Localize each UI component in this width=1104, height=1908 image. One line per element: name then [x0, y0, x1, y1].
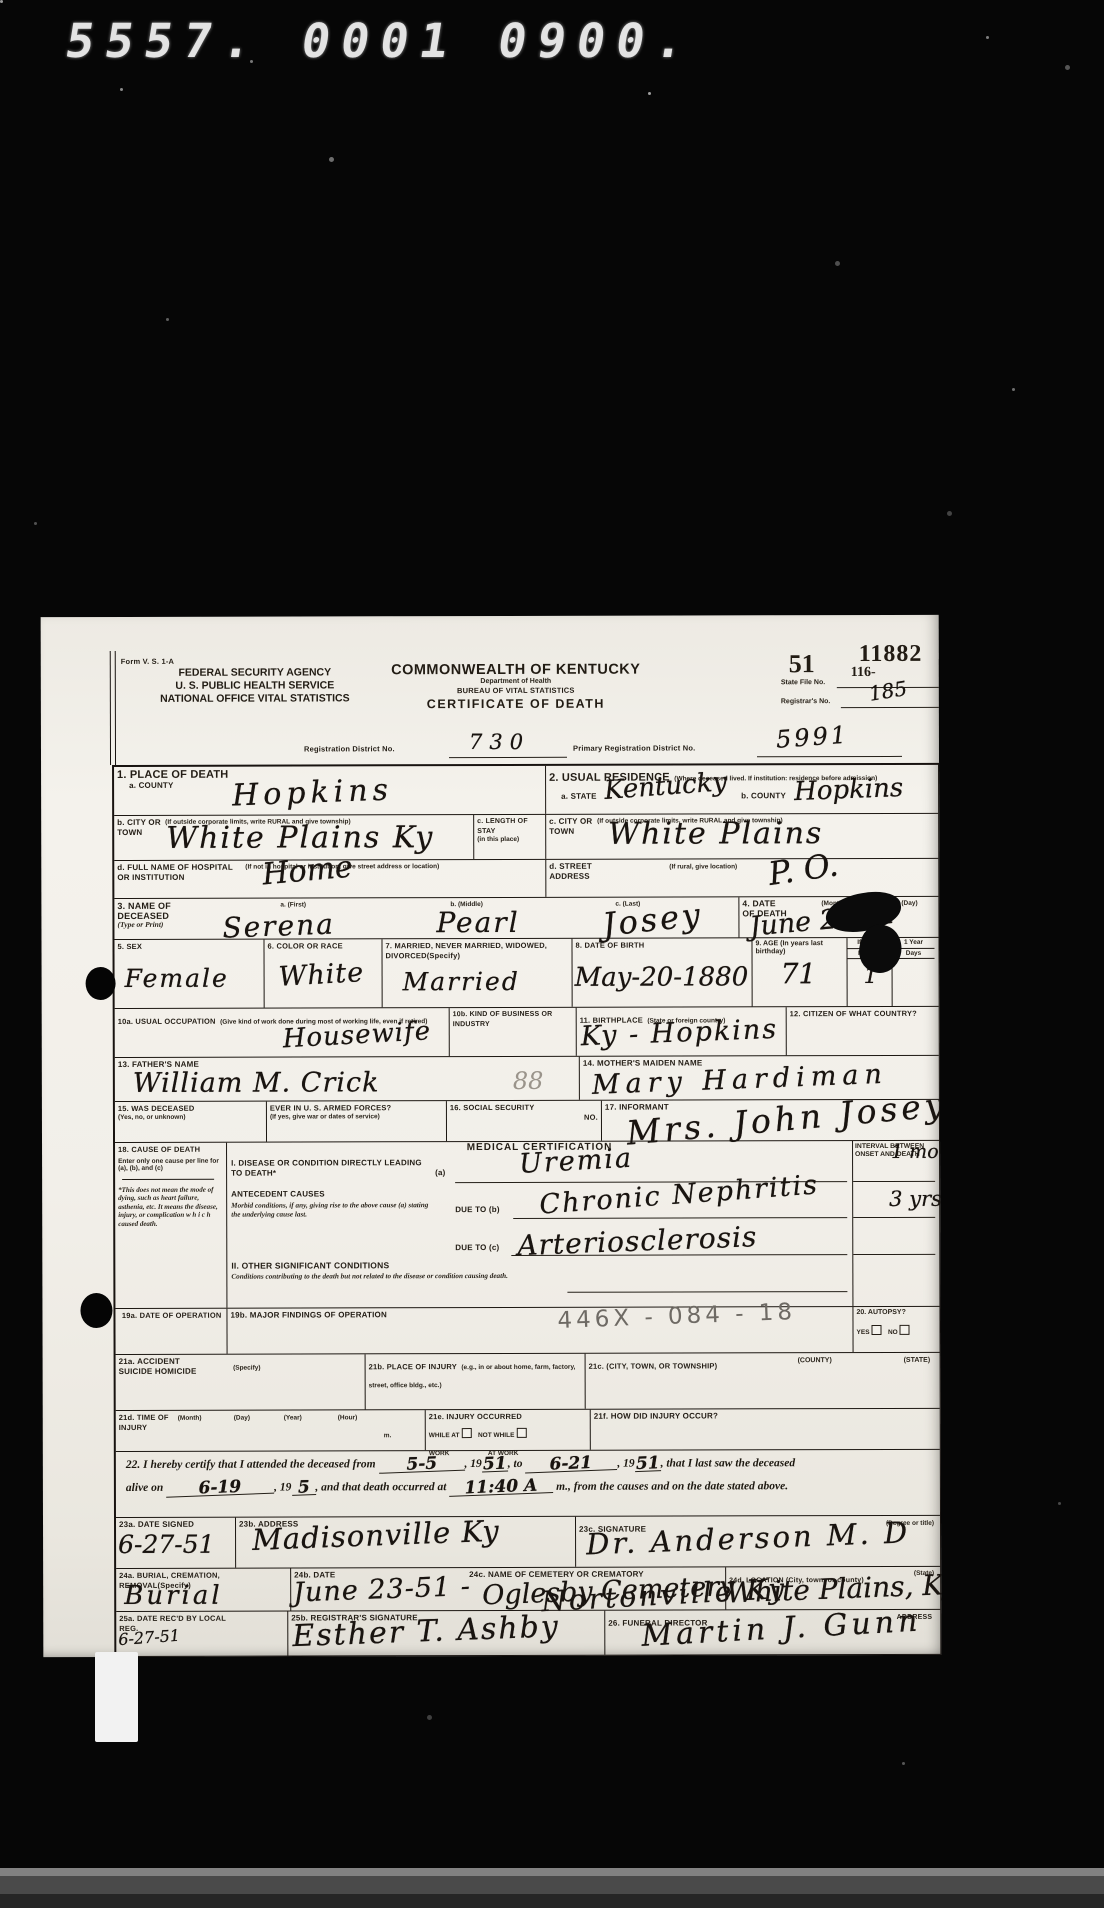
row-disposition: 24a. BURIAL, CREMATION, REMOVAL(Specify)…	[116, 1566, 940, 1611]
handwritten-sex: Female	[125, 966, 229, 991]
row-certify-statement: 22. I hereby certify that I attended the…	[116, 1449, 940, 1517]
row-occupation: 10a. USUAL OCCUPATION (Give kind of work…	[115, 1006, 939, 1057]
handwritten-from-year: 51	[481, 1458, 508, 1473]
agency-line: U. S. PUBLIC HEALTH SERVICE	[121, 679, 389, 693]
street-note: (If rural, give location)	[669, 863, 737, 880]
cause-instruction: Enter only one cause per line for (a), (…	[118, 1157, 223, 1172]
how-injury-label: 21f. HOW DID INJURY OCCUR?	[594, 1411, 933, 1421]
other-conditions-label: II. OTHER SIGNIFICANT CONDITIONS	[231, 1261, 389, 1271]
registration-district-label: Registration District No.	[304, 744, 395, 754]
field-injury-occurred: 21e. INJURY OCCURRED WHILE AT NOT WHILE …	[426, 1410, 591, 1450]
field-date-received: 25a. DATE REC'D BY LOCAL REG. 6-27-51	[116, 1612, 288, 1656]
certify-text: alive on	[126, 1482, 163, 1494]
handwritten-registrar-signature: Esther T. Ashby	[292, 1612, 560, 1652]
field-citizenship: 12. CITIZEN OF WHAT COUNTRY?	[787, 1007, 935, 1055]
field-cause-of-death-notes: 18. CAUSE OF DEATH Enter only one cause …	[115, 1143, 227, 1308]
race-label: 6. COLOR OR RACE	[267, 941, 378, 951]
handwritten-residence-county: Hopkins	[794, 775, 904, 805]
residence-state-label: a. STATE	[561, 792, 597, 801]
film-frame-number: 5557. 0001 0900.	[62, 14, 699, 69]
row-institution-street: d. FULL NAME OF HOSPITAL OR INSTITUTION …	[114, 858, 938, 898]
field-residence-city: c. CITY OR TOWN (If outside corporate li…	[546, 814, 934, 859]
state-file-label: State File No.	[781, 679, 825, 687]
citizen-label: 12. CITIZEN OF WHAT COUNTRY?	[790, 1009, 932, 1019]
autopsy-no-checkbox	[900, 1324, 910, 1334]
state-file-value: 116-	[851, 665, 876, 681]
interval-line-b	[853, 1217, 935, 1218]
field-name-of-deceased: 3. NAME OF DECEASED (Type or Print) a. (…	[114, 897, 739, 939]
residence-county-label: b. COUNTY	[741, 791, 786, 800]
injury-occurred-label: 21e. INJURY OCCURRED	[429, 1412, 587, 1422]
agency-line: FEDERAL SECURITY AGENCY	[121, 666, 389, 680]
handwritten-cause-b: Chronic Nephritis	[539, 1171, 820, 1218]
stay-label: c. LENGTH OF STAY	[477, 817, 542, 836]
certify-text: , 19	[464, 1458, 481, 1470]
certify-text: , that I last saw the deceased	[661, 1457, 796, 1469]
field-usual-residence: 2. USUAL RESIDENCE (Where deceased lived…	[546, 765, 934, 814]
specify-note: (Specify)	[233, 1365, 260, 1372]
field-burial-type: 24a. BURIAL, CREMATION, REMOVAL(Specify)…	[116, 1569, 291, 1611]
armed-forces-label2: EVER IN U. S. ARMED FORCES?	[270, 1103, 443, 1113]
certify-line-1: 22. I hereby certify that I attended the…	[126, 1457, 930, 1473]
field-medical-certification: MEDICAL CERTIFICATION I. DISEASE OR COND…	[227, 1141, 853, 1308]
cause-c-label: DUE TO (c)	[455, 1243, 499, 1253]
cause-footnote: *This does not mean the mode of dying, s…	[118, 1185, 223, 1228]
certify-text: 22. I hereby certify that I attended the…	[126, 1458, 376, 1471]
operation-date-label: 19a. DATE OF OPERATION	[118, 1311, 223, 1321]
handwritten-annotation-88: 88	[513, 1069, 544, 1093]
field-operation-findings: 19b. MAJOR FINDINGS OF OPERATION 446X - …	[227, 1307, 853, 1354]
accident-label: 21a. ACCIDENT SUICIDE HOMICIDE	[119, 1357, 209, 1376]
field-certify-statement: 22. I hereby certify that I attended the…	[116, 1450, 936, 1517]
handwritten-last-alive: 6-19	[166, 1480, 274, 1498]
ssn-label: 16. SOCIAL SECURITY	[450, 1103, 598, 1113]
handwritten-dob: May-20-1880	[575, 964, 749, 990]
handwritten-birthplace: Ky - Hopkins	[580, 1016, 778, 1050]
interval-line-c	[853, 1254, 935, 1255]
primary-district-underline	[757, 756, 902, 757]
field-time-of-injury: 21d. TIME OF INJURY (Month) (Day) (Year)…	[116, 1410, 426, 1451]
film-splice-mark	[95, 1652, 138, 1742]
field-length-of-stay: c. LENGTH OF STAY (in this place)	[474, 815, 546, 859]
row-operation: 19a. DATE OF OPERATION 19b. MAJOR FINDIN…	[115, 1306, 939, 1354]
disease-label: I. DISEASE OR CONDITION DIRECTLY LEADING…	[231, 1158, 431, 1178]
field-physician-signature: 23c. SIGNATURE (Degree or title) Dr. And…	[576, 1516, 936, 1567]
field-autopsy: 20. AUTOPSY? YES NO	[853, 1307, 935, 1352]
handwritten-burial-date: June 23-51 -	[293, 1573, 472, 1607]
handwritten-middle-name: Pearl	[436, 909, 519, 937]
certificate-sheet: Form V. S. 1-A FEDERAL SECURITY AGENCY U…	[41, 615, 942, 1657]
film-edge-strip	[0, 1868, 1104, 1876]
handwritten-cause-a: Uremia	[518, 1145, 633, 1178]
field-date-of-birth: 8. DATE OF BIRTH May-20-1880	[572, 938, 752, 1006]
field-place-of-death: 1. PLACE OF DEATH a. COUNTY Hopkins	[114, 766, 546, 815]
ssn-label-no: NO.	[450, 1112, 598, 1122]
field-date-signed: 23a. DATE SIGNED 6-27-51	[116, 1518, 236, 1568]
interval-line-a	[853, 1181, 935, 1182]
time-of-injury-label: 21d. TIME OF INJURY	[119, 1413, 171, 1432]
autopsy-label: 20. AUTOPSY?	[856, 1309, 932, 1317]
autopsy-no-label: NO	[888, 1328, 898, 1335]
handwritten-last-name: Josey	[601, 898, 704, 941]
field-accident-suicide: 21a. ACCIDENT SUICIDE HOMICIDE (Specify)	[116, 1354, 366, 1410]
row-registrar: 25a. DATE REC'D BY LOCAL REG. 6-27-51 25…	[116, 1609, 940, 1656]
district-line	[449, 757, 567, 758]
handwritten-registrar-no: 185	[867, 678, 908, 704]
injury-month-note: (Month)	[178, 1415, 202, 1423]
handwritten-date-received: 6-27-51	[118, 1628, 181, 1648]
registrar-no-line	[841, 707, 941, 708]
row-demographics: 5. SEX Female 6. COLOR OR RACE White 7. …	[114, 937, 938, 1008]
handwritten-funeral-director: Martin J. Gunn	[641, 1607, 922, 1652]
antecedent-note: Morbid conditions, if any, giving rise t…	[231, 1201, 436, 1219]
handwritten-first-name: Serena	[222, 910, 335, 942]
handwritten-operation-findings: 446X - 084 - 18	[557, 1301, 796, 1333]
handwritten-primary-district: 5991	[775, 723, 850, 752]
institution-label: d. FULL NAME OF HOSPITAL OR INSTITUTION	[117, 863, 245, 882]
field-was-deceased: 15. WAS DECEASED (Yes, no, or unknown)	[115, 1102, 267, 1142]
injury-m-label: m.	[384, 1432, 392, 1440]
certify-text: , to	[508, 1458, 523, 1470]
field-sex: 5. SEX Female	[114, 940, 264, 1008]
handwritten-father-name: William M. Crick	[133, 1069, 380, 1097]
field-institution: d. FULL NAME OF HOSPITAL OR INSTITUTION …	[114, 860, 546, 898]
stamp-year: 51	[789, 649, 815, 679]
row-injury-bottom: 21d. TIME OF INJURY (Month) (Day) (Year)…	[116, 1408, 940, 1451]
field-father-name: 13. FATHER'S NAME William M. Crick 88	[115, 1057, 580, 1101]
row-medical-certification: 18. CAUSE OF DEATH Enter only one cause …	[115, 1140, 939, 1308]
handwritten-interval-b: 3 yrs	[889, 1189, 941, 1210]
injury-county-note: (COUNTY)	[798, 1357, 832, 1365]
field-interval: INTERVAL BETWEEN ONSET AND DEATH 1 mo 3 …	[853, 1141, 935, 1306]
autopsy-yes-checkbox	[872, 1324, 882, 1334]
title-block: COMMONWEALTH OF KENTUCKY Department of H…	[363, 662, 669, 712]
row-parents: 13. FATHER'S NAME William M. Crick 88 14…	[115, 1055, 939, 1101]
armed-forces-note: (Yes, no, or unknown)	[118, 1113, 263, 1121]
handwritten-attended-from: 5-5	[378, 1457, 464, 1474]
certify-text: m., from the causes and on the date stat…	[556, 1480, 788, 1493]
field-death-city: b. CITY OR TOWN (If outside corporate li…	[114, 815, 474, 860]
residence-city-label: c. CITY OR TOWN	[549, 817, 597, 836]
punch-hole	[86, 967, 116, 1000]
field-operation-date: 19a. DATE OF OPERATION	[115, 1309, 227, 1354]
armed-forces-note2: (If yes, give war or dates of service)	[270, 1113, 443, 1121]
field-physician-address: 23b. ADDRESS Madisonville Ky	[236, 1517, 576, 1568]
field-ssn: 16. SOCIAL SECURITY NO.	[447, 1101, 602, 1141]
street-label: d. STREET ADDRESS	[549, 862, 609, 881]
handwritten-residence-city: White Plains	[608, 819, 823, 850]
issuing-agency-block: Form V. S. 1-A FEDERAL SECURITY AGENCY U…	[121, 656, 389, 705]
field-informant: 17. INFORMANT Mrs. John Josey	[602, 1100, 935, 1141]
row-place-residence-top: 1. PLACE OF DEATH a. COUNTY Hopkins 2. U…	[114, 765, 938, 815]
handwritten-street: P. O.	[766, 848, 840, 890]
dod-day-label: (Day)	[901, 900, 917, 908]
handwritten-date-signed: 6-27-51	[118, 1532, 215, 1557]
stamp-file-number: 11882	[859, 641, 923, 668]
place-of-injury-label: 21b. PLACE OF INJURY	[369, 1362, 457, 1371]
field-business: 10b. KIND OF BUSINESS OR INDUSTRY	[450, 1008, 577, 1056]
occupation-label: 10a. USUAL OCCUPATION	[118, 1017, 216, 1026]
handwritten-race: White	[278, 959, 365, 991]
handwritten-alive-year: 5	[291, 1481, 316, 1496]
dob-label: 8. DATE OF BIRTH	[575, 940, 748, 950]
name-title: 3. NAME OF DECEASED	[117, 901, 209, 921]
death-city-label: b. CITY OR TOWN	[117, 818, 165, 837]
commonwealth-title: COMMONWEALTH OF KENTUCKY	[363, 662, 669, 679]
while-at-label: WHILE AT	[429, 1432, 460, 1439]
handwritten-burial: Burial	[124, 1583, 222, 1609]
injury-state-note: (STATE)	[904, 1357, 931, 1365]
row-physician-signature: 23a. DATE SIGNED 6-27-51 23b. ADDRESS Ma…	[116, 1515, 940, 1568]
cause-a-label: (a)	[435, 1168, 445, 1178]
field-place-of-injury: 21b. PLACE OF INJURY (e.g., in or about …	[366, 1354, 586, 1410]
certify-text: , 19	[274, 1482, 291, 1494]
bureau-line: BUREAU OF VITAL STATISTICS	[363, 685, 669, 695]
business-label: 10b. KIND OF BUSINESS OR INDUSTRY	[453, 1010, 573, 1029]
handwritten-institution: Home	[261, 852, 354, 890]
handwritten-interval-a: 1 mo	[891, 1143, 939, 1162]
injury-day-note: (Day)	[234, 1415, 250, 1423]
handwritten-death-county: Hopkins	[232, 775, 394, 811]
field-color-race: 6. COLOR OR RACE White	[264, 939, 382, 1007]
field-occupation: 10a. USUAL OCCUPATION (Give kind of work…	[115, 1008, 450, 1057]
field-how-injury: 21f. HOW DID INJURY OCCUR?	[591, 1409, 936, 1450]
field-injury-location: 21c. (CITY, TOWN, OR TOWNSHIP) (COUNTY) …	[586, 1353, 936, 1409]
certify-line-2: alive on 6-19, 195, and that death occur…	[126, 1480, 930, 1496]
handwritten-age: 71	[781, 960, 817, 988]
cause-label: 18. CAUSE OF DEATH	[118, 1145, 223, 1155]
divider-rule	[122, 1178, 214, 1179]
row-service-informant: 15. WAS DECEASED (Yes, no, or unknown) E…	[115, 1099, 939, 1142]
injury-city-label: 21c. (CITY, TOWN, OR TOWNSHIP)	[589, 1361, 718, 1370]
registration-district-line: Registration District No. 730 Primary Re…	[41, 731, 939, 767]
certificate-form: 1. PLACE OF DEATH a. COUNTY Hopkins 2. U…	[112, 763, 941, 1657]
other-conditions-note: Conditions contributing to the death but…	[231, 1272, 561, 1282]
not-while-label: NOT WHILE	[478, 1431, 514, 1438]
injury-year-note: (Year)	[284, 1414, 302, 1422]
field-armed-forces: EVER IN U. S. ARMED FORCES? (If yes, giv…	[267, 1101, 447, 1141]
while-at-checkbox	[461, 1428, 471, 1438]
field-birthplace: 11. BIRTHPLACE (State or foreign country…	[577, 1007, 787, 1056]
field-burial-date: 24b. DATE June 23-51 -	[291, 1568, 426, 1610]
handwritten-marital: Married	[403, 969, 520, 994]
agency-line: NATIONAL OFFICE VITAL STATISTICS	[121, 692, 389, 706]
handwritten-registration-district: 730	[469, 732, 530, 753]
age-label: 9. AGE (In years last birthday)	[755, 940, 843, 955]
stay-note: (in this place)	[477, 836, 542, 844]
row-name-dod: 3. NAME OF DECEASED (Type or Print) a. (…	[114, 896, 938, 939]
film-edge-strip	[0, 1894, 1104, 1908]
punch-hole	[80, 1293, 112, 1328]
injury-hour-note: (Hour)	[338, 1414, 358, 1422]
cause-b-label: DUE TO (b)	[455, 1205, 500, 1215]
certify-text: , 19	[617, 1458, 634, 1470]
file-number-block: 51 11882 116- State File No. Registrar's…	[781, 645, 939, 733]
microfilm-scan: 5557. 0001 0900. Form V. S. 1-A FEDERAL …	[0, 0, 1104, 1908]
registrar-no-label: Registrar's No.	[781, 698, 831, 706]
other-conditions-line	[567, 1291, 847, 1293]
certificate-title: CERTIFICATE OF DEATH	[363, 697, 669, 712]
certify-text: , and that death occurred at	[315, 1481, 446, 1493]
handwritten-physician-address: Madisonville Ky	[252, 1517, 501, 1555]
row-injury-top: 21a. ACCIDENT SUICIDE HOMICIDE (Specify)…	[116, 1352, 940, 1410]
marital-label: 7. MARRIED, NEVER MARRIED, WIDOWED, DIVO…	[385, 941, 568, 960]
not-while-checkbox	[516, 1427, 526, 1437]
field-age: 9. AGE (In years last birthday) 71	[752, 938, 847, 1006]
handwritten-occupation: Housewife	[282, 1018, 432, 1052]
handwritten-to-year: 51	[634, 1457, 661, 1472]
primary-district-label: Primary Registration District No.	[573, 743, 695, 753]
field-marital-status: 7. MARRIED, NEVER MARRIED, WIDOWED, DIVO…	[382, 939, 572, 1007]
handwritten-death-time: 11:40 A	[449, 1479, 553, 1497]
film-edge-strip	[0, 1876, 1104, 1894]
handwritten-attended-to: 6-21	[525, 1456, 617, 1473]
antecedent-label: ANTECEDENT CAUSES	[231, 1189, 325, 1199]
handwritten-death-city: White Plains Ky	[166, 823, 434, 854]
date-signed-label: 23a. DATE SIGNED	[119, 1520, 232, 1530]
armed-forces-label: 15. WAS DECEASED	[118, 1104, 263, 1114]
field-funeral-director: 26. FUNERAL DIRECTOR ADDRESS Martin J. G…	[605, 1610, 936, 1655]
film-noise-specks	[0, 0, 3, 3]
autopsy-yes-label: YES	[857, 1329, 870, 1336]
